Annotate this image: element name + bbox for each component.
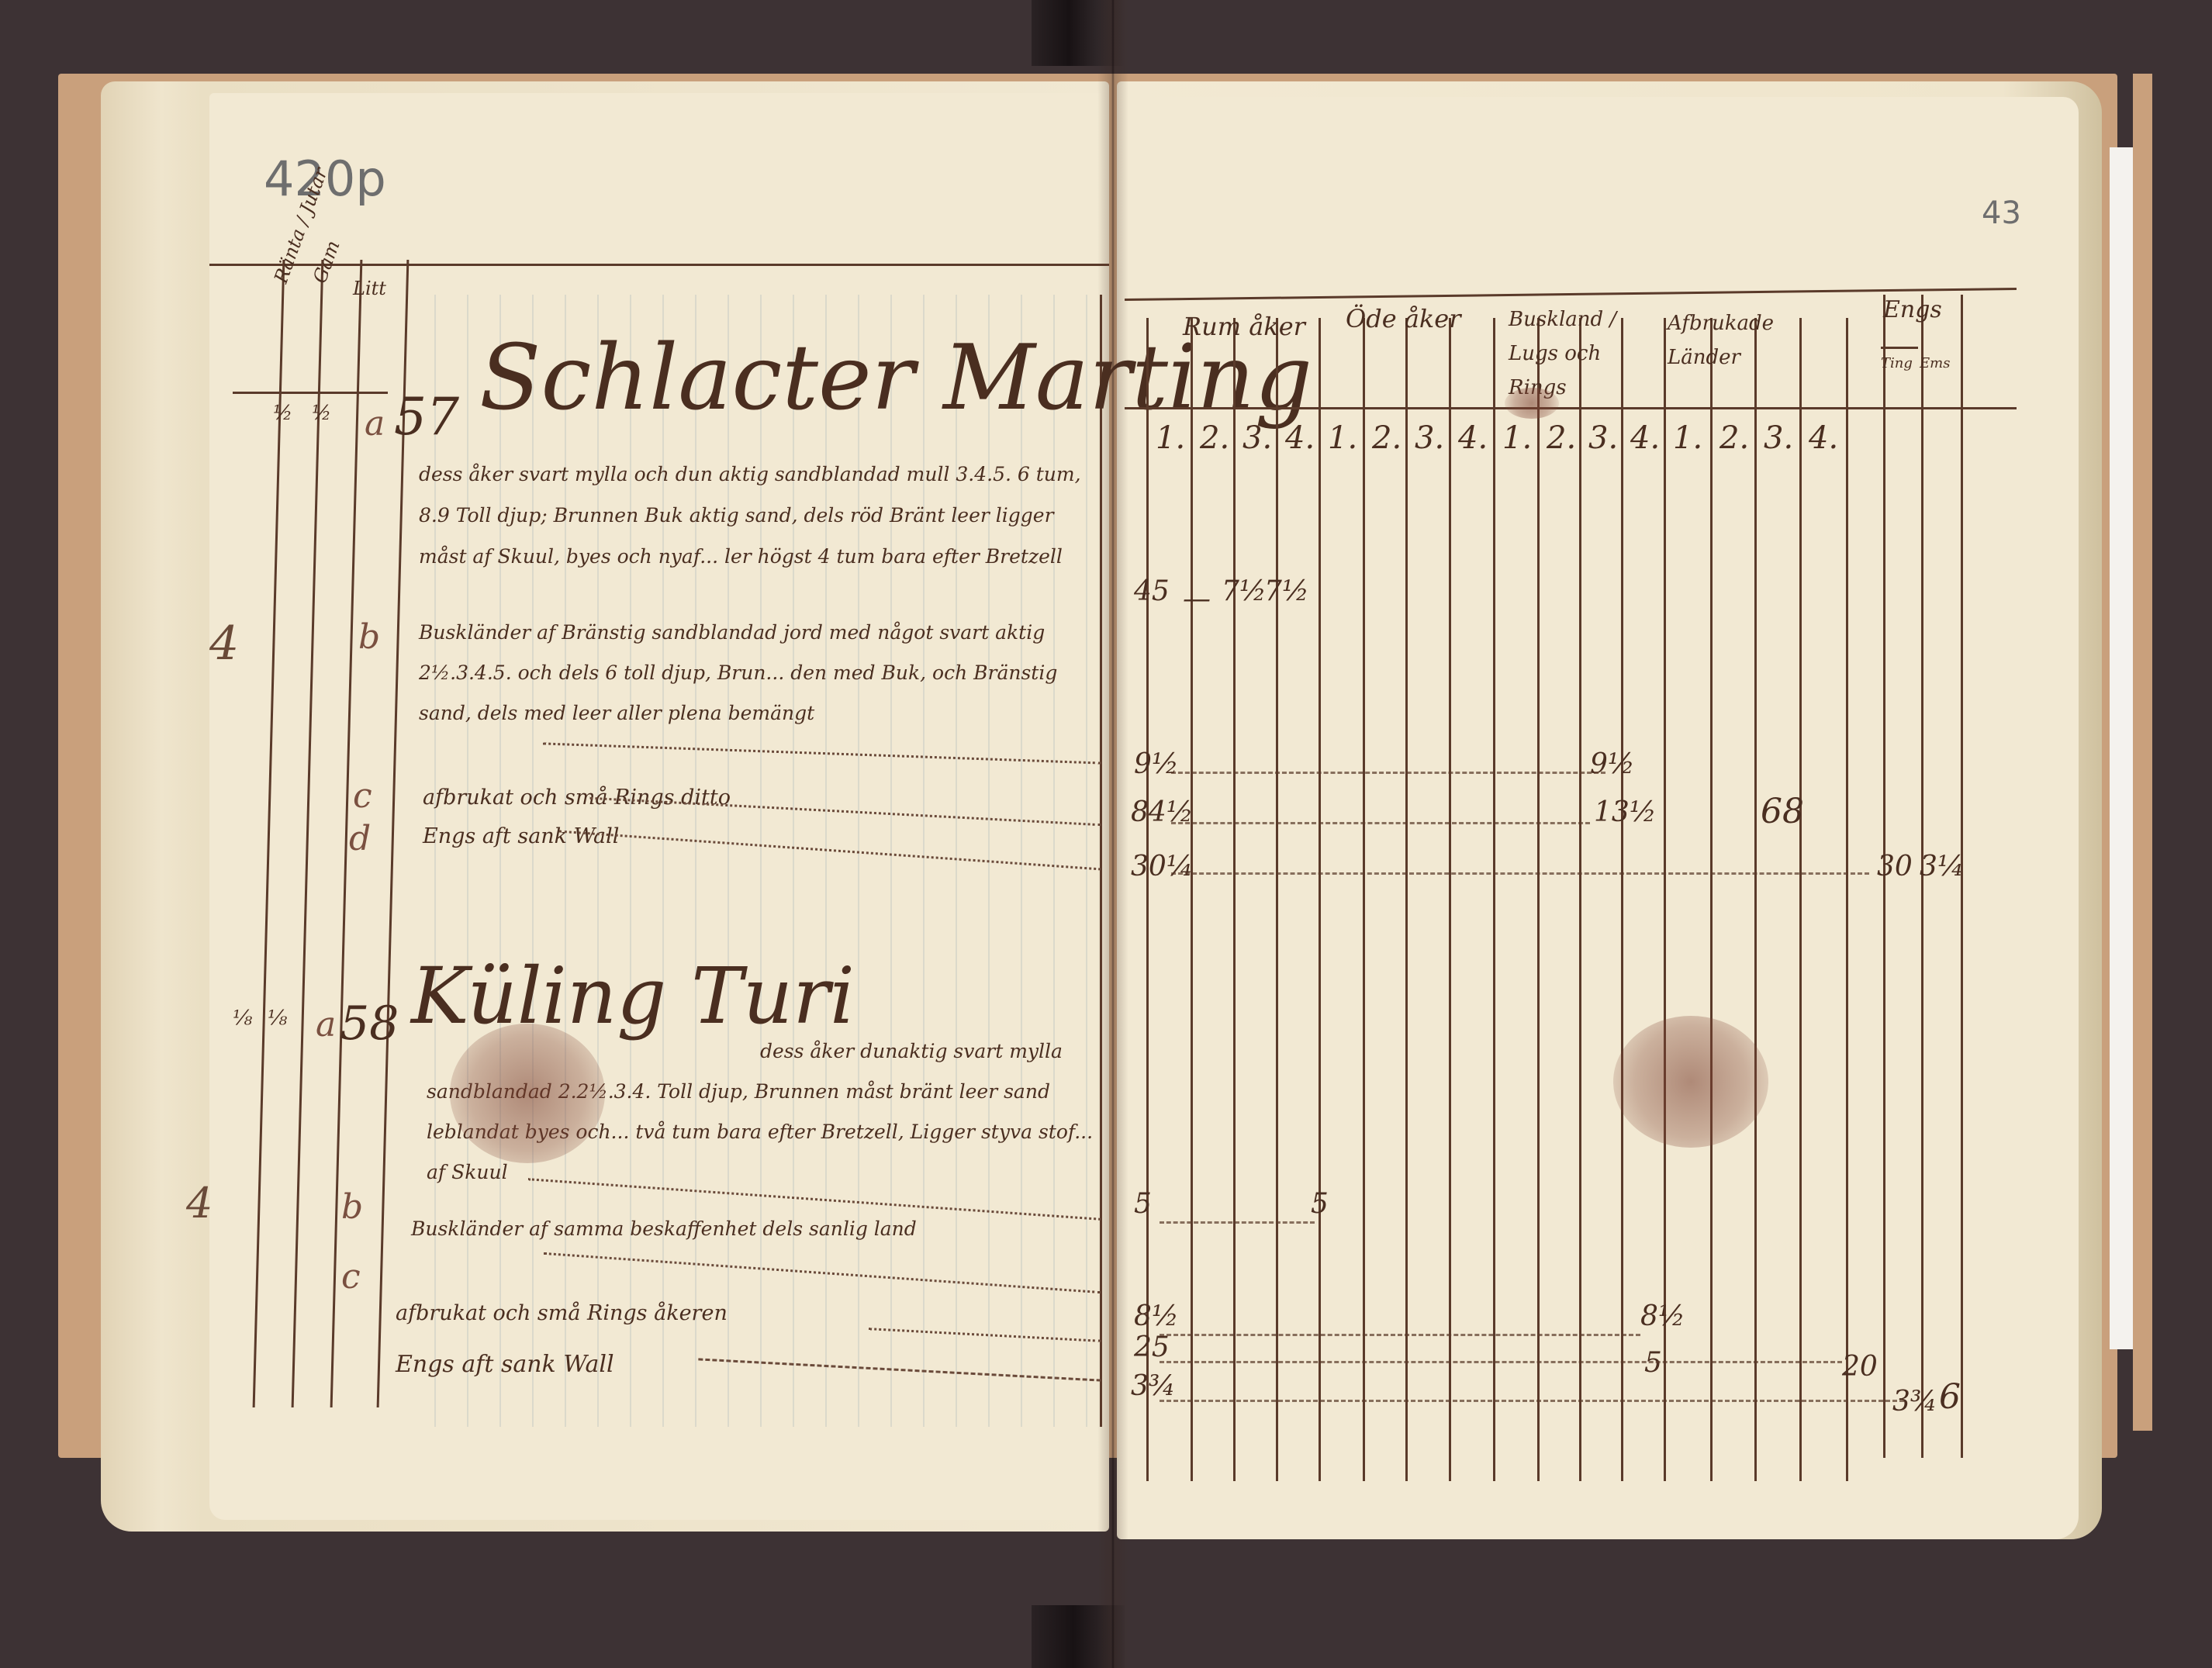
leader-line	[1160, 1361, 1842, 1363]
subcolumn-number: 4.	[1458, 423, 1488, 454]
leader-line	[1160, 1400, 1904, 1402]
subcolumn-number: 3.	[1588, 423, 1618, 454]
column-rule	[1493, 318, 1495, 1481]
entry57-item-c-letter: c	[353, 779, 372, 813]
entry57-fraction-2: ½	[312, 403, 331, 423]
entry57-number: 57	[394, 392, 459, 443]
entry57-item-c-text: afbrukat och små Rings ditto	[423, 787, 731, 808]
value: 5	[1644, 1349, 1662, 1377]
entry57-item-a-text: dess åker svart mylla och dun aktig sand…	[419, 454, 1101, 577]
column-rule	[1754, 318, 1757, 1481]
book-gutter	[1097, 0, 1128, 1668]
header-ode-aker: Öde åker	[1346, 306, 1461, 331]
subcolumn-number: 2.	[1200, 423, 1229, 454]
column-rule	[1405, 318, 1408, 1481]
column-rule	[1233, 318, 1236, 1481]
column-rule	[1621, 318, 1623, 1481]
header-afbrukade: Afbrukade Länder	[1668, 306, 1807, 375]
column-rule	[1449, 318, 1451, 1481]
value-sum: 45	[1134, 578, 1170, 606]
value: 30	[1877, 853, 1913, 881]
value: 7½	[1264, 578, 1309, 606]
entry-rule-left	[233, 392, 388, 394]
subcolumn-number: 2.	[1719, 423, 1749, 454]
entry58-name: Küling Turi	[411, 958, 855, 1035]
value: 8½	[1640, 1303, 1685, 1331]
column-rule	[1276, 318, 1278, 1481]
entry58-item-c-text: afbrukat och små Rings åkeren	[396, 1303, 728, 1324]
col-header-litt: Litt	[353, 279, 386, 298]
entry57-item-d-letter: d	[349, 822, 371, 856]
leader-line	[1171, 772, 1605, 774]
column-rule	[1363, 318, 1365, 1481]
value: 6	[1939, 1380, 1961, 1414]
entry58-item-d-text: Engs aft sank Wall	[396, 1353, 614, 1376]
dash: —	[1183, 585, 1211, 613]
leader-line	[1160, 1221, 1315, 1224]
value-sum: 3¾	[1131, 1373, 1176, 1400]
leader-line	[1171, 822, 1590, 824]
value-sum: 25	[1134, 1334, 1170, 1362]
header-engs-ting: Ting	[1881, 357, 1913, 371]
entry58-fraction-1: ⅛	[233, 1008, 252, 1028]
entry58-number: 58	[340, 1000, 399, 1047]
column-rule	[1846, 318, 1848, 1481]
entry58-item-b-letter: b	[341, 1190, 363, 1224]
entry58-margin-note: 4	[186, 1183, 213, 1224]
entry57-margin-note: 4	[209, 620, 239, 667]
subcolumn-number: 4.	[1630, 423, 1660, 454]
subcolumn-number: 3.	[1764, 423, 1793, 454]
entry58-fraction-2: ⅛	[268, 1008, 287, 1028]
entry57-item-b-letter: b	[358, 620, 380, 654]
entry58-item-c-letter: c	[341, 1260, 361, 1294]
subcolumn-number: 1.	[1156, 423, 1185, 454]
subcolumn-number: 3.	[1415, 423, 1444, 454]
value: 5	[1311, 1190, 1329, 1218]
column-rule	[1319, 318, 1321, 1481]
engs-split-rule	[1881, 347, 1918, 349]
column-rule	[1579, 318, 1581, 1481]
subcolumn-number: 4.	[1285, 423, 1315, 454]
value: 13½	[1594, 799, 1657, 827]
white-marker-strip	[2110, 147, 2133, 1349]
column-rule	[1191, 318, 1193, 1481]
value-sum: 8½	[1134, 1303, 1179, 1331]
header-engs-ems: Ems	[1920, 357, 1950, 371]
entry57-item-a-letter: a	[365, 407, 385, 441]
entry57-fraction-1: ½	[273, 403, 292, 423]
column-rule	[1799, 318, 1802, 1481]
subcolumn-number: 1.	[1328, 423, 1357, 454]
value: 7½	[1222, 578, 1267, 606]
header-rum-aker: Rum åker	[1183, 314, 1305, 339]
value-sum: 30¼	[1131, 853, 1194, 881]
column-rule	[1710, 318, 1713, 1481]
value: 9½	[1590, 751, 1635, 779]
subcolumn-number: 1.	[1673, 423, 1702, 454]
subcolumn-number: 4.	[1809, 423, 1838, 454]
entry57-item-d-text: Engs aft sank Wall	[423, 826, 619, 847]
entry58-item-a-letter: a	[316, 1008, 336, 1042]
value-sum: 9½	[1134, 751, 1179, 779]
header-engs: Engs	[1883, 299, 1942, 322]
ink-blot-header	[1505, 388, 1559, 419]
value: 68	[1761, 795, 1804, 829]
leader-line	[1171, 872, 1869, 875]
column-rule	[1537, 318, 1540, 1481]
leader-line	[1160, 1334, 1640, 1336]
ink-stain-right	[1613, 1016, 1768, 1148]
entry57-item-b-text: Buskländer af Bränstig sandblandad jord …	[419, 613, 1101, 734]
subcolumn-number: 2.	[1372, 423, 1402, 454]
entry57-name: Schlacter Marting	[479, 333, 1312, 423]
ink-stain	[450, 1024, 605, 1163]
subcolumn-number: 3.	[1243, 423, 1272, 454]
header-rule-left	[209, 264, 1109, 266]
value: 20	[1842, 1353, 1878, 1381]
subcolumn-number: 1.	[1502, 423, 1532, 454]
value: 3¼	[1920, 853, 1965, 881]
pencil-folio-right: 43	[1982, 198, 2021, 229]
value: 3¾	[1892, 1388, 1937, 1416]
board-edge	[2133, 74, 2152, 1431]
subcolumn-number: 2.	[1547, 423, 1576, 454]
entry58-item-b-text: Buskländer af samma beskaffenhet dels sa…	[411, 1210, 1109, 1248]
value-sum: 5	[1134, 1190, 1152, 1218]
